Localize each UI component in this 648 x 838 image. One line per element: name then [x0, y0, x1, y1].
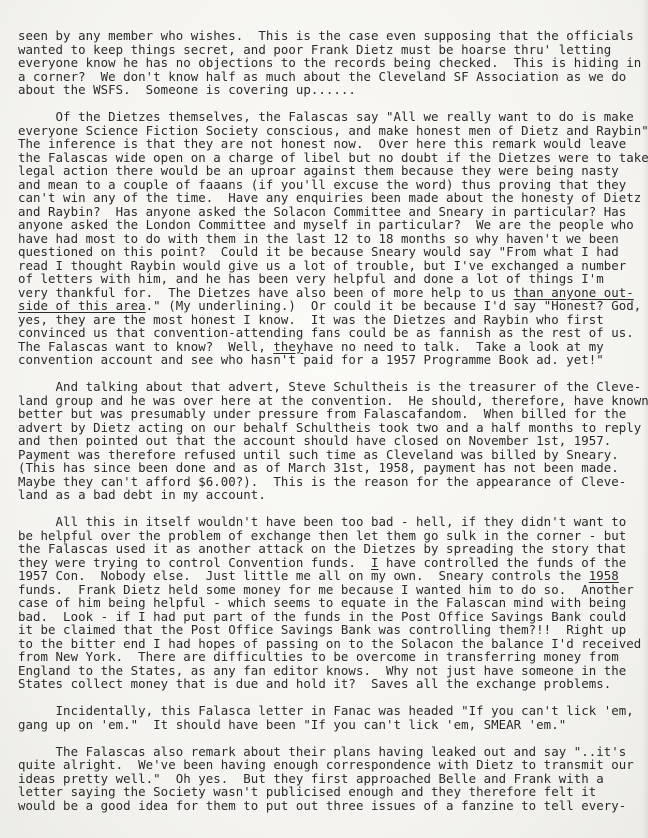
- paragraph: seen by any member who wishes. This is t…: [18, 29, 638, 97]
- text-line: case of him being helpful - which seems …: [18, 596, 638, 610]
- underlined-text: 1958: [589, 568, 619, 583]
- text-line: funds. Frank Dietz held some money for m…: [18, 583, 638, 597]
- text-line: read I thought Raybin would give us a lo…: [18, 259, 638, 273]
- text-line: everyone know he has no objections to th…: [18, 56, 638, 70]
- text-line: Incidentally, this Falasca letter in Fan…: [18, 704, 638, 718]
- text-line: The Falascas also remark about their pla…: [18, 745, 638, 759]
- text-line: the Falascas used it as another attack o…: [18, 542, 638, 556]
- text-line: and mean to a couple of faaans (if you'l…: [18, 178, 638, 192]
- text-line: everyone Science Fiction Society conscio…: [18, 124, 638, 138]
- paragraph: All this in itself wouldn't have been to…: [18, 515, 638, 691]
- document-body: seen by any member who wishes. This is t…: [18, 29, 638, 826]
- text-line: The inference is that they are not hones…: [18, 137, 638, 151]
- text-line: would be a good idea for them to put out…: [18, 799, 638, 813]
- text-line: anyone asked the London Committee and my…: [18, 218, 638, 232]
- text-line: ideas pretty well." Oh yes. But they fir…: [18, 772, 638, 786]
- text-line: very thankful for. The Dietzes have also…: [18, 286, 638, 300]
- text-line: advert by Dietz acting on our behalf Sch…: [18, 421, 638, 435]
- text-line: legal action there would be an uproar ag…: [18, 164, 638, 178]
- text-line: The Falascas want to know? Well, theyhav…: [18, 340, 638, 354]
- text-line: be helpful over the problem of exchange …: [18, 529, 638, 543]
- text-line: land as a bad debt in my account.: [18, 488, 638, 502]
- text-line: from New York. There are difficulties to…: [18, 650, 638, 664]
- text-line: All this in itself wouldn't have been to…: [18, 515, 638, 529]
- text-line: quite alright. We've been having enough …: [18, 758, 638, 772]
- text-line: can't win any of the time. Have any enqu…: [18, 191, 638, 205]
- text-line: And talking about that advert, Steve Sch…: [18, 380, 638, 394]
- text-line: of letters with him, and he has been ver…: [18, 272, 638, 286]
- text-line: 1957 Con. Nobody else. Just little me al…: [18, 569, 638, 583]
- text-line: to the bitter end I had hopes of passing…: [18, 637, 638, 651]
- text-line: States collect money that is due and hol…: [18, 677, 638, 691]
- text-line: seen by any member who wishes. This is t…: [18, 29, 638, 43]
- paragraph: Of the Dietzes themselves, the Falascas …: [18, 110, 638, 367]
- text-line: convinced us that convention-attending f…: [18, 326, 638, 340]
- text-line: Payment was therefore refused until such…: [18, 448, 638, 462]
- paragraph: And talking about that advert, Steve Sch…: [18, 380, 638, 502]
- text-line: gang up on 'em." It should have been "If…: [18, 718, 638, 732]
- text-line: they were trying to control Convention f…: [18, 556, 638, 570]
- text-line: bad. Look - if I had put part of the fun…: [18, 610, 638, 624]
- text-line: and then pointed out that the account sh…: [18, 434, 638, 448]
- paragraph: Incidentally, this Falasca letter in Fan…: [18, 704, 638, 731]
- text-line: letter saying the Society wasn't publici…: [18, 785, 638, 799]
- text-line: convention account and see who hasn't pa…: [18, 353, 638, 367]
- text-line: wanted to keep things secret, and poor F…: [18, 43, 638, 57]
- text-line: about the WSFS. Someone is covering up..…: [18, 83, 638, 97]
- text-line: land group and he was over here at the c…: [18, 394, 638, 408]
- text-line: better but was presumably under pressure…: [18, 407, 638, 421]
- text-line: Maybe they can't afford $6.00?). This is…: [18, 475, 638, 489]
- text-line: and Raybin? Has anyone asked the Solacon…: [18, 205, 638, 219]
- text-line: side of this area." (My underlining.) Or…: [18, 299, 638, 313]
- text-line: questioned on this point? Could it be be…: [18, 245, 638, 259]
- paragraph: The Falascas also remark about their pla…: [18, 745, 638, 813]
- text-line: a corner? We don't know half as much abo…: [18, 70, 638, 84]
- text-line: yes, they are the most honest I know. It…: [18, 313, 638, 327]
- underlined-text: side of this area: [18, 298, 146, 313]
- text-line: it be claimed that the Post Office Savin…: [18, 623, 638, 637]
- text-line: Of the Dietzes themselves, the Falascas …: [18, 110, 638, 124]
- text-line: (This has since been done and as of Marc…: [18, 461, 638, 475]
- text-line: England to the States, as any fan editor…: [18, 664, 638, 678]
- text-line: the Falascas wide open on a charge of li…: [18, 151, 638, 165]
- text-line: have had most to do with them in the las…: [18, 232, 638, 246]
- typewritten-page: seen by any member who wishes. This is t…: [0, 0, 648, 838]
